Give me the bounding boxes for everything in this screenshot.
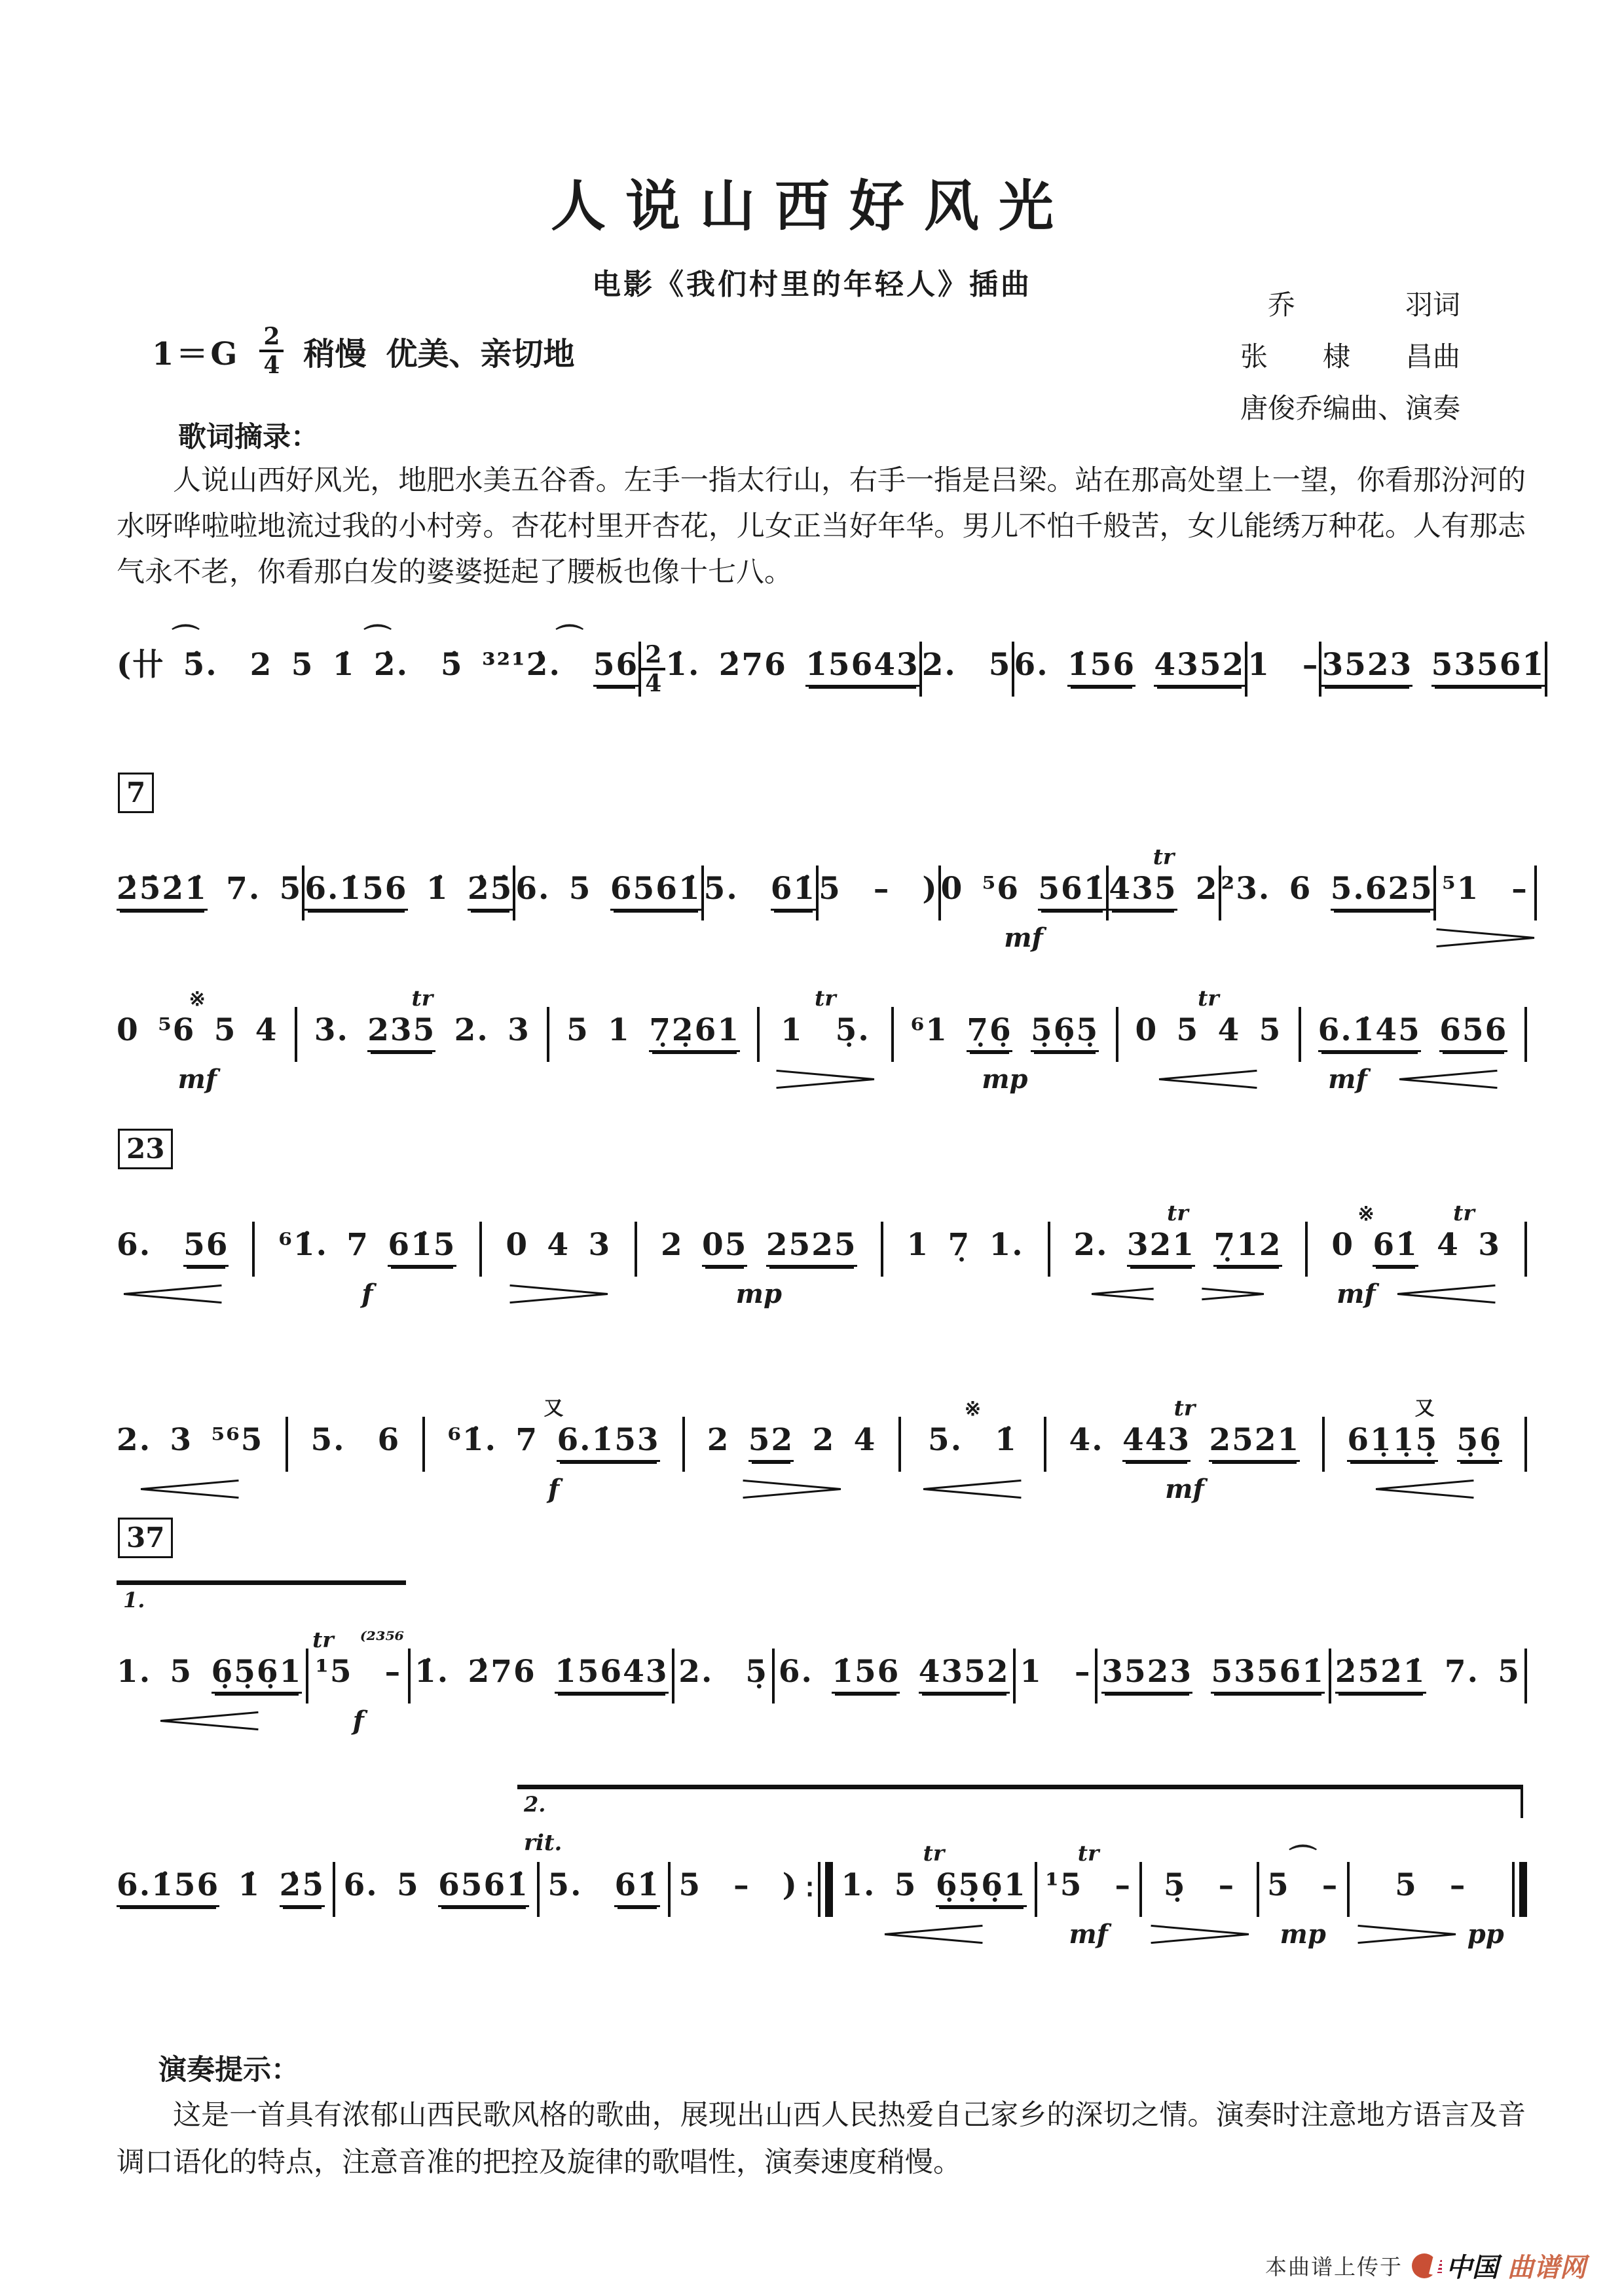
note-group: 1 5̣.	[781, 1012, 870, 1048]
beamed-note-group: 3523	[1321, 647, 1412, 687]
ornament-row	[678, 1829, 798, 1866]
music-system: 236. 56⁶1̇. 7 61̇5f0 4 32 05 2525mp1 7̣ …	[117, 1129, 1527, 1312]
measure-number-box: 23	[118, 1129, 173, 1169]
dynamics-row	[678, 1916, 798, 1952]
note-group: 2	[707, 1422, 748, 1458]
dynamics-row: mf	[117, 1061, 278, 1097]
lyrics-excerpt: 人说山西好风光，地肥水美五谷香。左手一指太行山，右手一指是吕梁。站在那高处望上一…	[117, 458, 1526, 596]
ornament-row: ※	[923, 1384, 1022, 1421]
notes-text: ⁶1 7̣6̣ 5̣6̣5̣	[911, 1011, 1099, 1050]
notes-text: 5. 61̇	[547, 1866, 659, 1905]
beamed-note-group: 2̇5̇	[280, 1867, 325, 1907]
barline	[295, 974, 297, 1062]
measure: 5 1 7̣2̣61	[566, 974, 740, 1097]
dynamic-marking: f	[361, 1279, 373, 1309]
note-group: 6. 5	[344, 1867, 439, 1903]
ornament-row: tr⁽²³⁵⁶	[312, 1616, 404, 1652]
dynamics-row	[665, 695, 919, 732]
ornament-row	[819, 833, 938, 869]
footer-upload-text: 本曲谱上传于	[1265, 2250, 1403, 2281]
beamed-note-group: 561̇	[1038, 871, 1106, 911]
note-group: 1̇. 2̇76	[415, 1654, 555, 1690]
dynamics-row	[707, 1470, 877, 1507]
measure: 5 – )	[678, 1829, 798, 1952]
barline	[1044, 1384, 1046, 1472]
decrescendo-hairpin	[1202, 1284, 1264, 1303]
notes-text: 4. 443 2521	[1069, 1421, 1301, 1460]
measure: tr¹5 –mf	[1045, 1829, 1132, 1952]
lyricist-credit: 乔 羽词	[1240, 280, 1460, 332]
site-name-orange: 曲谱网	[1507, 2247, 1586, 2284]
measure: 又⁶1̇. 7 6.1̇53f	[447, 1384, 659, 1507]
ornament-row: tr	[1073, 1189, 1282, 1226]
notes-text: 1̇. 2̇76 1̇5643	[415, 1652, 668, 1692]
notes-text: 5. 1̇	[928, 1421, 1018, 1460]
ornament-row	[1221, 833, 1433, 869]
barline	[1329, 1616, 1331, 1704]
beamed-note-group: 3523	[1101, 1654, 1192, 1694]
system-row: 1. 5 6̣5̣6̣1tr⁽²³⁵⁶¹5 –f1̇. 2̇76 1̇56432…	[117, 1616, 1527, 1739]
ornament-row	[1335, 1616, 1521, 1652]
fermata-mark: ⌒	[556, 632, 583, 646]
ornament-row	[1436, 833, 1534, 869]
beamed-note-group: 321	[1127, 1227, 1195, 1267]
barline	[1524, 1384, 1527, 1472]
dynamic-marking: mf	[1328, 1064, 1367, 1095]
notes-text: 0 61̇ 4 3	[1331, 1226, 1501, 1265]
ornament-row	[278, 1189, 456, 1226]
note-group	[1412, 647, 1431, 683]
notes-text: 0 4 3	[506, 1226, 611, 1265]
ornament-row: tr	[1135, 974, 1282, 1011]
note-group: 2. 5	[922, 647, 1012, 683]
barline	[757, 974, 760, 1062]
system-row: ⌒ ⌒ ⌒(卄 5̇. 2 5 1̇ 2̇. 5̇ ³²¹2̇. 56241̇.…	[117, 609, 1527, 732]
barline	[891, 974, 894, 1062]
trill-mark: tr	[312, 1627, 334, 1652]
barline	[1116, 1007, 1118, 1062]
ornament-row: tr	[1069, 1384, 1301, 1421]
barline	[772, 1649, 775, 1704]
notes-text: 6.1̇56 1̇ 2̇5̇	[304, 869, 513, 909]
dynamic-marking: pp	[1467, 1919, 1504, 1950]
measure: tr435 2	[1109, 833, 1218, 956]
dynamics-row: mp	[911, 1061, 1099, 1097]
notes-text: 0 ⁵6 5 4	[117, 1011, 278, 1050]
tempo-marking: 稍慢	[303, 329, 366, 374]
credits-block: 乔 羽词 张 棣 昌曲 唐俊乔编曲、演奏	[1240, 280, 1460, 435]
measure: 5 – )	[819, 833, 938, 956]
key-signature: 1＝G	[152, 329, 240, 374]
notes-text: 5. 6	[310, 1421, 400, 1460]
dynamic-marking: mf	[1337, 1279, 1376, 1309]
notes-text: 2̇5̇2̇1̇ 7. 5	[117, 869, 302, 909]
barline	[672, 1616, 674, 1704]
ornament-row	[707, 1384, 877, 1421]
note-group	[747, 1227, 766, 1263]
measure: ※0 ⁵6 5 4mf	[117, 974, 278, 1097]
dynamics-row	[923, 1470, 1022, 1507]
dynamic-marking: mf	[1165, 1474, 1204, 1504]
trill-mark: tr	[1167, 1200, 1189, 1226]
beamed-note-group: 56	[593, 647, 638, 687]
dynamics-row	[779, 1702, 1010, 1739]
dynamic-marking: mp	[1280, 1919, 1326, 1950]
measure: 1 –	[1020, 1616, 1091, 1739]
notes-text: 5 1 7̣2̣61	[566, 1011, 740, 1050]
measure: 5. 6	[310, 1384, 400, 1507]
barline	[1095, 1649, 1098, 1704]
note-group: 1. 5	[117, 1654, 212, 1690]
crescendo-hairpin	[885, 1924, 983, 1944]
notes-text: 2̇5̇2̇1̇ 7. 5	[1335, 1652, 1521, 1692]
fingering-reference-mark: 又	[544, 1392, 563, 1421]
time-signature-denominator: 4	[263, 352, 280, 377]
ornament-row: tr	[841, 1829, 1026, 1866]
note-group: ⁵1 –	[1442, 871, 1528, 907]
notes-text: (卄 5̇. 2 5 1̇ 2̇. 5̇ ³²¹2̇. 56	[117, 646, 638, 685]
dynamic-marking: mp	[736, 1279, 782, 1309]
beamed-note-group: 2̇5̇2̇1̇	[117, 871, 208, 911]
barline	[1524, 1007, 1527, 1062]
performance-notes: 这是一首具有浓郁山西民歌风格的歌曲，展现出山西人民热爱自己家乡的深切之情。演奏时…	[117, 2092, 1526, 2187]
note-group: 0	[1331, 1227, 1373, 1263]
barline	[1524, 1222, 1527, 1277]
system-row: 2̇5̇2̇1̇ 7. 56.1̇56 1̇ 2̇5̇6. 5 6561̇5. …	[117, 833, 1527, 956]
notes-text: ⁶1̇. 7 6.1̇53	[447, 1421, 659, 1460]
measure: tr⁽²³⁵⁶¹5 –f	[312, 1616, 404, 1739]
notes-text: 6. 1̇56 4352	[1014, 646, 1246, 685]
ornament-row	[911, 974, 1099, 1011]
beamed-note-group: 5̣6̣5̣	[1031, 1012, 1099, 1052]
barline	[757, 1007, 760, 1062]
measure: 2. 5	[922, 609, 1012, 732]
note-group: 4.	[1069, 1422, 1122, 1458]
barline	[672, 1649, 674, 1704]
note-group: 5 – )	[819, 871, 938, 907]
ornament-row	[661, 1189, 857, 1226]
barline	[1322, 1384, 1325, 1472]
barline	[306, 1616, 308, 1704]
note-group	[1438, 1422, 1456, 1458]
barline	[1299, 1007, 1301, 1062]
barline	[1305, 1189, 1308, 1277]
dynamics-row	[310, 1470, 400, 1507]
note-group: 5.	[547, 1867, 614, 1903]
barline	[1534, 866, 1537, 920]
system-row: ※0 ⁵6 5 4mftr3. 235 2. 35 1 7̣2̣61tr1 5̣…	[117, 974, 1527, 1097]
notes-text: 6.1̇56 1̇ 2̇5̇	[117, 1866, 325, 1905]
barline	[422, 1417, 425, 1472]
barline	[537, 1862, 540, 1917]
system-row: 6. 56⁶1̇. 7 61̇5f0 4 32 05 2525mp1 7̣ 1.…	[117, 1189, 1527, 1312]
dynamic-marking: f	[353, 1705, 364, 1736]
barline	[286, 1417, 288, 1472]
notes-text: 1 –	[1247, 646, 1319, 685]
measure: 6.1̇56 1̇ 2̇5̇	[117, 1829, 325, 1952]
dynamics-row	[117, 1702, 302, 1739]
notes-text: 2. 5̣	[678, 1652, 768, 1692]
barline-thick	[1519, 1862, 1527, 1917]
measure: 5 –pp	[1357, 1829, 1504, 1952]
measure: 5. 61̇	[547, 1829, 659, 1952]
notes-text: 5̣ –	[1164, 1866, 1235, 1905]
note-group: 6.	[1014, 647, 1067, 683]
time-signature: 24	[641, 643, 665, 695]
note-group: 1 –	[1247, 647, 1319, 683]
measure: 2. 5̣	[678, 1616, 768, 1739]
notes-text: ²3. 6 5.625	[1221, 869, 1433, 909]
barline	[1095, 1616, 1098, 1704]
note-group	[1195, 1227, 1213, 1263]
barline	[422, 1384, 425, 1472]
ornament-row	[941, 833, 1107, 869]
dynamics-row	[922, 695, 1012, 732]
beamed-note-group: 52	[748, 1422, 794, 1462]
beamed-note-group: 1̇56	[1067, 647, 1135, 687]
note-group: 5 –	[1395, 1867, 1466, 1903]
note-group: 0 5 4 5	[1135, 1012, 1282, 1048]
dynamics-row	[1073, 1275, 1282, 1312]
ornament-row: tr	[1045, 1829, 1132, 1866]
volta-ending-bracket: 2.rit.	[517, 1785, 1523, 1818]
dynamics-row	[1347, 1470, 1502, 1507]
barline	[1524, 1616, 1527, 1704]
barline	[1322, 1417, 1325, 1472]
ornament-row	[415, 1616, 668, 1652]
dynamics-row	[1335, 1702, 1521, 1739]
note-group: 1. 5	[841, 1867, 936, 1903]
barline	[333, 1862, 335, 1917]
decrescendo-hairpin	[776, 1069, 874, 1089]
measure: 0 4 3	[506, 1189, 611, 1312]
notes-text: 1 5̣.	[781, 1011, 870, 1050]
dynamics-row: mp	[1267, 1916, 1338, 1952]
notes-text: ⁶1̇. 7 61̇5	[278, 1226, 456, 1265]
measure: 3523 53561̇	[1321, 609, 1545, 732]
trill-mark: tr	[1174, 1395, 1196, 1421]
notes-text: 1 –	[1020, 1652, 1091, 1692]
barline	[635, 1189, 637, 1277]
dynamics-row	[1101, 1702, 1325, 1739]
ornament-row	[665, 609, 919, 646]
notes-text: 3523 53561̇	[1101, 1652, 1325, 1692]
barline: ∶	[806, 1829, 833, 1917]
dynamics-row: mf	[1318, 1061, 1508, 1097]
ornament-row: 又	[447, 1384, 659, 1421]
notes-text: 5 – )	[678, 1866, 798, 1905]
measure: 2̇5̇2̇1̇ 7. 5	[1335, 1616, 1521, 1739]
dynamics-row: mf	[1331, 1275, 1501, 1312]
note-group: 1 –	[1020, 1654, 1091, 1690]
trill-mark: tr	[1078, 1840, 1099, 1866]
measure: 3523 53561̇	[1101, 1616, 1325, 1739]
beamed-note-group: 2521	[1209, 1422, 1300, 1462]
measure: 又61̣1̣5̣ 5̣6̣	[1347, 1384, 1502, 1507]
barline	[668, 1829, 671, 1917]
note-group: 0 ⁵6	[941, 871, 1039, 907]
beamed-note-group: 61̇	[771, 871, 816, 911]
note-group: 1̇	[219, 1867, 279, 1903]
ornament-row	[1020, 1616, 1091, 1652]
barline	[479, 1222, 482, 1277]
barline	[1545, 609, 1547, 697]
volta-ending-label: 1.	[123, 1588, 145, 1613]
note-group: ¹5 –	[315, 1654, 401, 1690]
ornament-row	[1357, 1829, 1504, 1866]
dynamics-row	[776, 1061, 874, 1097]
dynamics-row	[1247, 695, 1319, 732]
notes-text: 6. 1̇56 4352	[779, 1652, 1010, 1692]
measure: tr0 5 4 5	[1135, 974, 1282, 1097]
dynamics-row	[506, 1275, 611, 1312]
note-group: 2. 5̣	[678, 1654, 768, 1690]
beamed-note-group: 2525	[766, 1227, 857, 1267]
measure: ※5. 1̇	[923, 1384, 1022, 1507]
decrescendo-hairpin	[1436, 928, 1534, 947]
dynamics-row: pp	[1357, 1916, 1504, 1952]
note-group: ⁶1̇. 7	[278, 1227, 388, 1263]
measure: tr1 5̣.	[776, 974, 874, 1097]
notes-text: 3523 53561̇	[1321, 646, 1545, 685]
beamed-note-group: 2̇5̇2̇1̇	[1335, 1654, 1426, 1694]
barline	[547, 1007, 549, 1062]
music-system: 72̇5̇2̇1̇ 7. 56.1̇56 1̇ 2̇5̇6. 5 6561̇5.…	[117, 773, 1527, 956]
notes-text: 5 – )	[819, 869, 938, 909]
measure: 5. 61̇	[704, 833, 816, 956]
measure: 1 7̣ 1.	[906, 1189, 1024, 1312]
barline	[1305, 1222, 1308, 1277]
measure: ⁶1 7̣6̣ 5̣6̣5̣mp	[911, 974, 1099, 1097]
beamed-note-group: 6.1̇56	[117, 1867, 219, 1907]
beamed-note-group: 6561̇	[438, 1867, 529, 1907]
barline-thin	[1512, 1862, 1515, 1917]
note-group: 6.	[779, 1654, 832, 1690]
ornament-row	[922, 609, 1012, 646]
decrescendo-hairpin	[743, 1479, 841, 1499]
measure: ⌒ ⌒ ⌒(卄 5̇. 2 5 1̇ 2̇. 5̇ ³²¹2̇. 56	[117, 609, 638, 732]
ornament-row: 又	[1347, 1384, 1502, 1421]
measure: 6.1̇56 1̇ 2̇5̇	[304, 833, 513, 956]
note-group: 5 1	[566, 1012, 649, 1048]
notes-text: 1̇. 2̇76 1̇5643	[665, 646, 919, 685]
footer-watermark: 本曲谱上传于 中国 曲谱网	[1265, 2247, 1586, 2284]
song-title: 人说山西好风光	[0, 162, 1624, 242]
crescendo-hairpin	[1376, 1479, 1474, 1499]
note-group: 4 3	[1418, 1227, 1501, 1263]
barline	[891, 1007, 894, 1062]
notes-text: 6.1̇45 656	[1318, 1011, 1508, 1050]
note-group: 5. 1̇	[928, 1422, 1018, 1458]
barline	[1524, 1649, 1527, 1704]
notes-text: 1. 5 6̣5̣6̣1	[117, 1652, 302, 1692]
barline	[1139, 1829, 1142, 1917]
notes-text: 6. 5 6561̇	[344, 1866, 529, 1905]
volta-ending-bracket: 1.	[117, 1580, 406, 1614]
key-signature-line: 1＝G 2 4 稍慢 优美、亲切地	[152, 325, 575, 377]
dynamics-row	[1321, 695, 1545, 732]
barline	[1545, 642, 1547, 697]
barline	[1524, 1189, 1527, 1277]
measure-number-box: 7	[118, 773, 154, 813]
ornament-row	[344, 1829, 529, 1866]
annotation: ⁽²³⁵⁶	[360, 1627, 405, 1652]
barline	[252, 1222, 255, 1277]
note-group	[1421, 1012, 1439, 1048]
dynamics-row	[1109, 919, 1218, 956]
barline	[1116, 974, 1118, 1062]
notes-text: ¹5 –	[1045, 1866, 1132, 1905]
note-group	[1192, 1654, 1211, 1690]
dynamics-row: f	[447, 1470, 659, 1507]
note-group: 0 ⁵6 5 4	[117, 1012, 278, 1048]
crescendo-hairpin	[160, 1711, 259, 1730]
lyrics-excerpt-heading: 歌词摘录：	[178, 415, 319, 455]
measure: 6.1̇45 656mf	[1318, 974, 1508, 1097]
dynamics-row	[117, 1470, 263, 1507]
beamed-note-group: 6̣5̣6̣1	[936, 1867, 1027, 1907]
beamed-note-group: 53561̇	[1431, 647, 1545, 687]
ornament-row	[304, 833, 513, 869]
beamed-note-group: 435	[1109, 871, 1177, 911]
note-group: 7. 5	[208, 871, 303, 907]
dynamics-row	[515, 919, 701, 956]
dynamics-row	[819, 919, 938, 956]
measure: 1̇. 2̇76 1̇5643	[665, 609, 919, 732]
beamed-note-group: 53561̇	[1211, 1654, 1325, 1694]
beamed-note-group: 05	[702, 1227, 747, 1267]
barline	[1524, 1417, 1527, 1472]
dynamics-row	[704, 919, 816, 956]
measure: tr3. 235 2. 3	[314, 974, 530, 1097]
note-group: 1 7̣ 1.	[906, 1227, 1024, 1263]
notes-text: 1. 5 6̣5̣6̣1	[841, 1866, 1026, 1905]
ornament-row	[506, 1189, 611, 1226]
notes-text: 2. 321 7̣12	[1073, 1226, 1282, 1265]
dynamics-row	[547, 1916, 659, 1952]
note-group	[1190, 1422, 1209, 1458]
ornament-row	[1014, 609, 1246, 646]
note-group: 2	[1177, 871, 1219, 907]
dynamics-row: mf	[941, 919, 1107, 956]
note-group: 1̇. 2̇76	[665, 647, 805, 683]
barline	[1347, 1829, 1350, 1917]
ornament-row: tr	[776, 974, 874, 1011]
barline	[1013, 1649, 1016, 1704]
note-group: (卄 5̇. 2 5 1̇ 2̇. 5̇ ³²¹2̇.	[117, 647, 593, 683]
dynamics-row	[906, 1275, 1024, 1312]
ornament-row	[117, 1616, 302, 1652]
notes-text: 2. 5	[922, 646, 1012, 685]
note-group: 6. 5	[515, 871, 610, 907]
note-group: 1̇	[408, 871, 468, 907]
barline	[881, 1222, 883, 1277]
dynamics-row: f	[312, 1702, 404, 1739]
dynamic-marking: mf	[177, 1064, 217, 1095]
barline	[1139, 1862, 1142, 1917]
notes-text: ⁵1 –	[1442, 869, 1528, 909]
barline	[252, 1189, 255, 1277]
trill-mark: tr	[815, 985, 836, 1011]
measure: 6. 1̇56 4352	[1014, 609, 1246, 732]
measure: 6. 1̇56 4352	[779, 1616, 1010, 1739]
ornament-row	[1247, 609, 1319, 646]
beamed-note-group: 1̇5643	[555, 1654, 669, 1694]
measure: 5̣ –	[1151, 1829, 1249, 1952]
note-group: ²3. 6	[1221, 871, 1331, 907]
ornament-row	[117, 1384, 263, 1421]
note-group: 2. 3	[435, 1012, 530, 1048]
